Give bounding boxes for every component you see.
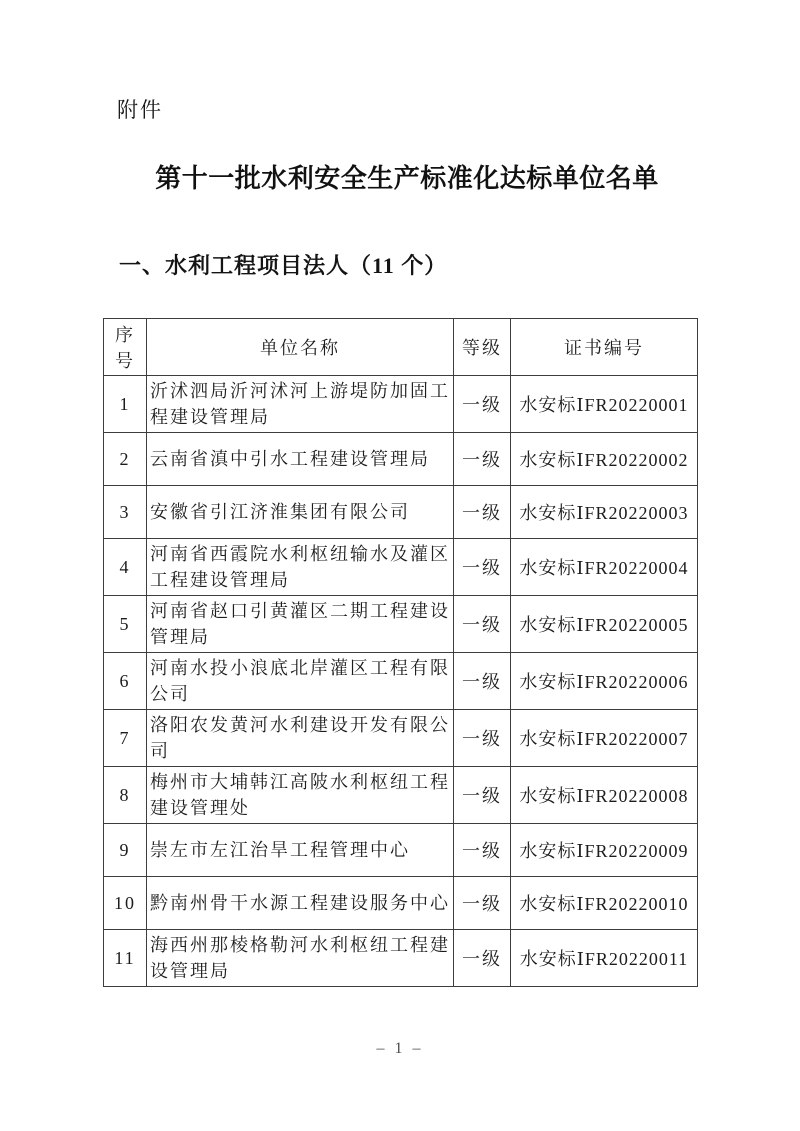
table-row: 4 河南省西霞院水利枢纽输水及灌区工程建设管理局 一级 水安标ⅠFR202200… <box>104 539 698 596</box>
table-row: 9 崇左市左江治旱工程管理中心 一级 水安标ⅠFR20220009 <box>104 824 698 877</box>
table-row: 2 云南省滇中引水工程建设管理局 一级 水安标ⅠFR20220002 <box>104 433 698 486</box>
grade-cell: 一级 <box>454 930 511 987</box>
unit-name-cell: 云南省滇中引水工程建设管理局 <box>147 433 454 486</box>
unit-name-cell: 河南水投小浪底北岸灌区工程有限公司 <box>147 653 454 710</box>
table-row: 1 沂沭泗局沂河沭河上游堤防加固工程建设管理局 一级 水安标ⅠFR2022000… <box>104 376 698 433</box>
attachment-label: 附件 <box>117 94 163 124</box>
grade-cell: 一级 <box>454 376 511 433</box>
unit-name-cell: 黔南州骨干水源工程建设服务中心 <box>147 877 454 930</box>
document-page: 附件 第十一批水利安全生产标准化达标单位名单 一、水利工程项目法人（11 个） … <box>0 0 800 1131</box>
certificate-cell: 水安标ⅠFR20220002 <box>511 433 698 486</box>
certificate-cell: 水安标ⅠFR20220005 <box>511 596 698 653</box>
unit-name-cell: 沂沭泗局沂河沭河上游堤防加固工程建设管理局 <box>147 376 454 433</box>
row-index-cell: 4 <box>104 539 147 596</box>
unit-name-cell: 安徽省引江济淮集团有限公司 <box>147 486 454 539</box>
certificate-cell: 水安标ⅠFR20220004 <box>511 539 698 596</box>
row-index-cell: 1 <box>104 376 147 433</box>
header-no-cell: 序号 <box>104 319 147 376</box>
table-row: 6 河南水投小浪底北岸灌区工程有限公司 一级 水安标ⅠFR20220006 <box>104 653 698 710</box>
grade-cell: 一级 <box>454 767 511 824</box>
unit-name-cell: 海西州那棱格勒河水利枢纽工程建设管理局 <box>147 930 454 987</box>
document-title: 第十一批水利安全生产标准化达标单位名单 <box>0 158 800 195</box>
row-index-cell: 2 <box>104 433 147 486</box>
grade-cell: 一级 <box>454 877 511 930</box>
grade-cell: 一级 <box>454 653 511 710</box>
certificate-cell: 水安标ⅠFR20220011 <box>511 930 698 987</box>
certificate-cell: 水安标ⅠFR20220003 <box>511 486 698 539</box>
certificate-cell: 水安标ⅠFR20220006 <box>511 653 698 710</box>
table-header-row: 序号 单位名称 等级 证书编号 <box>104 319 698 376</box>
unit-name-cell: 洛阳农发黄河水利建设开发有限公司 <box>147 710 454 767</box>
table-row: 11 海西州那棱格勒河水利枢纽工程建设管理局 一级 水安标ⅠFR20220011 <box>104 930 698 987</box>
unit-name-cell: 崇左市左江治旱工程管理中心 <box>147 824 454 877</box>
row-index-cell: 10 <box>104 877 147 930</box>
grade-cell: 一级 <box>454 539 511 596</box>
certificate-cell: 水安标ⅠFR20220009 <box>511 824 698 877</box>
unit-name-cell: 梅州市大埔韩江高陂水利枢纽工程建设管理处 <box>147 767 454 824</box>
row-index-cell: 6 <box>104 653 147 710</box>
unit-name-cell: 河南省赵口引黄灌区二期工程建设管理局 <box>147 596 454 653</box>
units-table: 序号 单位名称 等级 证书编号 1 沂沭泗局沂河沭河上游堤防加固工程建设管理局 … <box>103 318 698 987</box>
table-row: 10 黔南州骨干水源工程建设服务中心 一级 水安标ⅠFR20220010 <box>104 877 698 930</box>
page-number: – 1 – <box>0 1040 800 1058</box>
grade-cell: 一级 <box>454 486 511 539</box>
row-index-cell: 8 <box>104 767 147 824</box>
table-row: 7 洛阳农发黄河水利建设开发有限公司 一级 水安标ⅠFR20220007 <box>104 710 698 767</box>
row-index-cell: 7 <box>104 710 147 767</box>
grade-cell: 一级 <box>454 824 511 877</box>
certificate-cell: 水安标ⅠFR20220008 <box>511 767 698 824</box>
table-row: 3 安徽省引江济淮集团有限公司 一级 水安标ⅠFR20220003 <box>104 486 698 539</box>
header-name-cell: 单位名称 <box>147 319 454 376</box>
grade-cell: 一级 <box>454 596 511 653</box>
certificate-cell: 水安标ⅠFR20220007 <box>511 710 698 767</box>
header-cert-cell: 证书编号 <box>511 319 698 376</box>
table-row: 8 梅州市大埔韩江高陂水利枢纽工程建设管理处 一级 水安标ⅠFR20220008 <box>104 767 698 824</box>
certificate-cell: 水安标ⅠFR20220010 <box>511 877 698 930</box>
row-index-cell: 11 <box>104 930 147 987</box>
row-index-cell: 5 <box>104 596 147 653</box>
unit-name-cell: 河南省西霞院水利枢纽输水及灌区工程建设管理局 <box>147 539 454 596</box>
table-row: 5 河南省赵口引黄灌区二期工程建设管理局 一级 水安标ⅠFR20220005 <box>104 596 698 653</box>
row-index-cell: 9 <box>104 824 147 877</box>
header-level-cell: 等级 <box>454 319 511 376</box>
certificate-cell: 水安标ⅠFR20220001 <box>511 376 698 433</box>
section-heading: 一、水利工程项目法人（11 个） <box>119 249 447 280</box>
row-index-cell: 3 <box>104 486 147 539</box>
grade-cell: 一级 <box>454 710 511 767</box>
grade-cell: 一级 <box>454 433 511 486</box>
